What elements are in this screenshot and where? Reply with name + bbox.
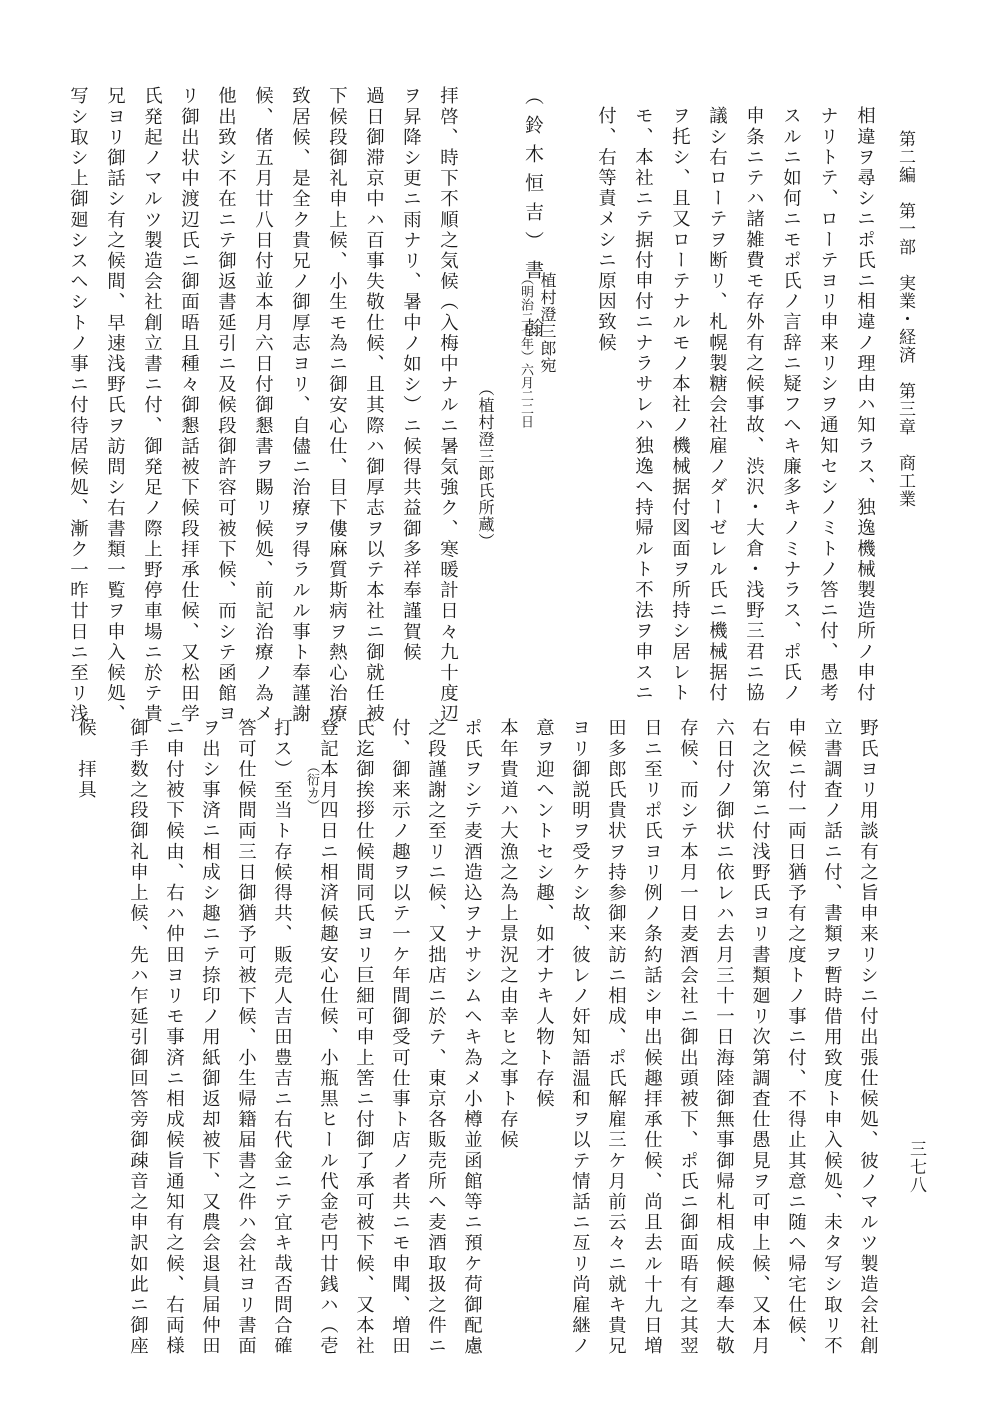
text-line: 氏発起ノマルツ製造会社創立書ニ付、御発足ノ際上野停車場ニ於テ貴 <box>142 86 160 725</box>
letter-date: （明治二七年）六月二二日 <box>516 272 535 428</box>
addressee: 植村澄三郎宛 <box>536 272 559 374</box>
text-line: ヲ出シ事済ニ相成シ趣ニテ捺印ノ用紙御返却被下、又農会退員届仲田 <box>200 718 218 1357</box>
editorial-note: （衍カ） <box>302 760 321 812</box>
running-head: 第二編 第一部 実業・経済 第三章 商工業 <box>893 130 918 508</box>
text-line: 御手数之段御礼申上候、先ハ乍延引御回答旁御疎音之申訳如此ニ御座 <box>128 718 146 1357</box>
text-line: 登記本月四日ニ相済候趣安心仕候、小瓶黒ヒール代金壱円廿銭ハ（壱 <box>318 718 336 1357</box>
text-line: 議シ右ローテヲ断リ、札幌製糖会社雇ノダーゼレル氏ニ機械据付 <box>707 106 725 703</box>
text-line: 申条ニテハ諸雑費モ存外有之候事故、渋沢・大倉・浅野三君ニ協 <box>744 106 762 703</box>
text-line: 之段謹謝之至リニ候、又拙店ニ於テ、東京各販売所へ麦酒取扱之件ニ <box>426 718 444 1357</box>
text-line: 候、偖五月廿八日付並本月六日付御懇書ヲ賜リ候処、前記治療ノ為メ <box>253 86 271 725</box>
text-line: 致居候、是全ク貴兄ノ御厚志ヨリ、自儘ニ治療ヲ得ラルル事ト奉謹謝 <box>290 86 308 725</box>
text-line: ヲ托シ、且又ローテナルモノ本社ノ機械据付図面ヲ所持シ居レト <box>670 106 688 703</box>
text-line: 氏迄御挨拶仕候間同氏ヨリ巨細可申上筈ニ付御了承可被下候、又本社 <box>354 718 372 1357</box>
text-line: 過日御滞京中ハ百事失敬仕候、且其際ハ御厚志ヲ以テ本社ニ御就任被 <box>364 86 382 725</box>
text-line: 六日付ノ御状ニ依レハ去月三十一日海陸御無事御帰札相成候趣奉大敬 <box>714 718 732 1357</box>
text-line: 答可仕候間両三日御猶予可被下候、小生帰籍届書之件ハ会社ヨリ書面 <box>236 718 254 1357</box>
text-line: 下候段御礼申上候、小生モ為ニ御安心仕、目下僂麻質斯病ヲ熱心治療 <box>327 86 345 725</box>
text-line: 付、御来示ノ趣ヲ以テ一ケ年間御受可仕事ト店ノ者共ニモ申聞、増田 <box>390 718 408 1357</box>
text-line: 存候、而シテ本月一日麦酒会社ニ御出頭被下、ポ氏ニ御面晤有之其翌 <box>678 718 696 1357</box>
text-line: 付、右等責メシニ原因致候 <box>596 106 614 353</box>
text-line: ニ申付被下候由、右ハ仲田ヨリモ事済ニ相成候旨通知有之候、右両様 <box>164 718 182 1357</box>
text-line: 野氏ヨリ用談有之旨申来リシニ付出張仕候処、彼ノマルツ製造会社創 <box>858 718 876 1357</box>
text-line: 日ニ至リポ氏ヨリ例ノ条約話シ申出候趣拝承仕候、尚且去ル十九日増 <box>642 718 660 1357</box>
text-line: 写シ取シ上御廻シスヘシトノ事ニ付待居候処、漸ク一昨廿日ニ至リ浅 <box>68 86 86 725</box>
text-line: 打ス）至当ト存候得共、販売人吉田豊吉ニ右代金ニテ宜キ哉否問合確 <box>272 718 290 1357</box>
text-line: 意ヲ迎ヘントセシ趣、如才ナキ人物ト存候 <box>534 718 552 1109</box>
text-line: ポ氏ヲシテ麦酒造込ヲナサシムヘキ為メ小樽並函館等ニ預ケ荷御配慮 <box>462 718 480 1357</box>
text-line: 拝啓、時下不順之気候（入梅中ナルニ暑気強ク、寒暖計日々九十度辺 <box>438 86 456 725</box>
text-line: 立書調査ノ話ニ付、書類ヲ暫時借用致度ト申入候処、未タ写シ取リ不 <box>822 718 840 1357</box>
text-line: ナリトテ、ローテヨリ申来リシヲ通知セシノミトノ答ニ付、愚考 <box>818 106 836 703</box>
text-line: 他出致シ不在ニテ御返書延引ニ及候段御許容可被下候、而シテ函館ヨ <box>216 86 234 725</box>
text-line: 田多郎氏貴状ヲ持参御来訪ニ相成、ポ氏解雇三ケ月前云々ニ就キ貴兄 <box>606 718 624 1357</box>
text-line: モ、本社ニテ据付申付ニナラサレハ独逸へ持帰ルト不法ヲ申スニ <box>633 106 651 703</box>
document-page: 第二編 第一部 実業・経済 第三章 商工業 三七八 相違ヲ尋シニポ氏ニ相違ノ理由… <box>0 0 1003 1412</box>
text-line: 兄ヨリ御話シ有之候間、早速浅野氏ヲ訪問シ右書類一覧ヲ申入候処、 <box>105 86 123 725</box>
source-note: （植村澄三郎氏所蔵） <box>474 380 497 550</box>
text-line: 本年貴道ハ大漁之為上景況之由幸ヒ之事ト存候 <box>498 718 516 1151</box>
text-line: リ御出状中渡辺氏ニ御面晤且種々御懇話被下候段拝承仕候、又松田学 <box>179 86 197 725</box>
text-line: 相違ヲ尋シニポ氏ニ相違ノ理由ハ知ラス、独逸機械製造所ノ申付 <box>855 106 873 703</box>
text-line: 右之次第ニ付浅野氏ヨリ書類廻リ次第調査仕愚見ヲ可申上候、又本月 <box>750 718 768 1357</box>
text-line: スルニ如何ニモポ氏ノ言辞ニ疑フヘキ廉多キノミナラス、ポ氏ノ <box>781 106 799 703</box>
text-line: ヲ昇降シ更ニ雨ナリ、暑中ノ如シ）ニ候得共益御多祥奉謹賀候 <box>401 86 419 663</box>
text-line: 候 拝具 <box>76 718 94 800</box>
page-number: 三七八 <box>904 1140 929 1194</box>
text-line: 申候ニ付一両日猶予有之度トノ事ニ付、不得止其意ニ随ヘ帰宅仕候、 <box>786 718 804 1357</box>
text-line: ヨリ御説明ヲ受ケシ故、彼レノ奸知語温和ヲ以テ情話ニ亙リ尚雇継ノ <box>570 718 588 1357</box>
